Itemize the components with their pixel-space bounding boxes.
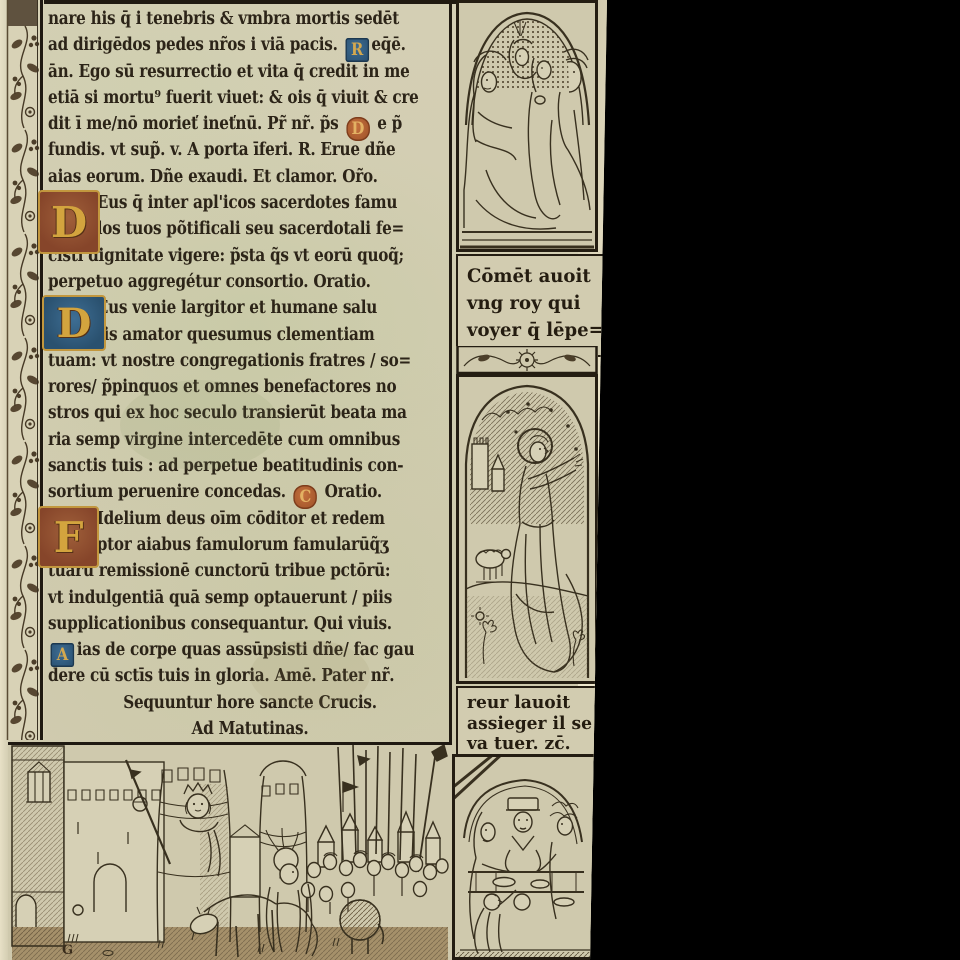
text-line: rores/ p̃pinquos et omnes benefactores n… [48, 374, 399, 400]
woodcut-praying-figure-with-sheep [456, 374, 598, 684]
text-line: voyer q̄ lēpe= [467, 317, 599, 344]
text-line: nare his q̄ i tenebris & vmbra mortis se… [48, 6, 399, 32]
text-line: los tuos põtificali seu sacerdotali fe= [48, 216, 399, 242]
woodcut-holy-women-group [456, 0, 598, 252]
text-line: ptor aiabus famulorum famularūq̃ʒ [48, 532, 399, 558]
text-segment: stros qui ex hoc seculo transierūt beata… [48, 403, 407, 423]
text-line: vt indulgentiā quā semp optauerunt / pii… [48, 585, 399, 611]
text-segment: sanctis tuis : ad perpetue beatitudinis … [48, 456, 403, 476]
text-segment: ria semp virgine intercedēte cum omnibus [48, 430, 400, 450]
text-line: reur lauoit [467, 693, 599, 714]
text-line: Idelium deus oīm cōditor et redem [48, 506, 399, 532]
text-segment: va tuer. zc̄. [467, 733, 571, 754]
text-line: assieger il se [467, 714, 599, 735]
text-segment: tuarū remissionē cunctorū tribue pctōrū: [48, 561, 390, 581]
text-line: stros qui ex hoc seculo transierūt beata… [48, 400, 399, 426]
text-segment: sortium peruenire concedas. [48, 482, 291, 502]
text-line: aias eorum. Dñe exaudi. Et clamor. Or̃o. [48, 164, 399, 190]
svg-text:G: G [62, 943, 73, 958]
text-line: dit ī me/nō morieť ineťnū. Pr̃ nr̃. p̃s … [48, 111, 399, 137]
text-line: dere cū sctīs tuis in gloria. Amē. Pater… [48, 663, 399, 689]
text-segment: etiā si mortu⁹ fuerit viuet: & ois q̄ vi… [48, 88, 419, 108]
text-line: etiā si mortu⁹ fuerit viuet: & ois q̄ vi… [48, 85, 399, 111]
text-line: ad dirigēdos pedes nr̃os i viā pacis. Re… [48, 32, 399, 58]
illuminated-initial-D-maroon: D [38, 190, 100, 254]
text-line: tuarū remissionē cunctorū tribue pctōrū: [48, 558, 399, 584]
text-segment: ad dirigēdos pedes nr̃os i viā pacis. [48, 35, 343, 55]
woodcut-banquet-scene [452, 754, 598, 960]
french-caption-top: Cōmēt auoitvng roy quivoyer q̄ lēpe= [456, 254, 608, 357]
text-segment: eq̄ē. [371, 35, 405, 55]
text-segment: aias eorum. Dñe exaudi. Et clamor. Or̃o. [48, 167, 378, 187]
illuminated-initial-D-blue: D [42, 295, 106, 351]
text-segment: ias de corpe quas assūpsisti dñe/ fac ga… [77, 640, 415, 660]
text-segment: vt indulgentiā quā semp optauerunt / pii… [48, 588, 392, 608]
text-line: sortium peruenire concedas. C Oratio. [48, 479, 399, 505]
text-line: sanctis tuis : ad perpetue beatitudinis … [48, 453, 399, 479]
dropcap-letter: F [54, 513, 84, 562]
text-segment: Eus venie largitor et humane salu [97, 298, 377, 318]
text-segment: dit ī me/nō morieť ineťnū. Pr̃ nr̃. p̃s [48, 114, 343, 134]
text-segment: e p̃ [372, 114, 402, 134]
screenshot-root: { "meta": { "description": "Photograph o… [0, 0, 960, 960]
text-segment: Eus q̄ inter apl'icos sacerdotes famu [97, 193, 397, 213]
text-line: supplicationibus consequantur. Qui viuis… [48, 611, 399, 637]
text-segment: vng roy qui [467, 292, 580, 314]
text-segment: Cōmēt auoit [467, 265, 591, 287]
text-segment: Sequuntur hore sancte Crucis. [123, 693, 377, 713]
text-line: ria semp virgine intercedēte cum omnibus [48, 427, 399, 453]
text-segment: perpetuo aggregétur consortio. Oratio. [48, 272, 371, 292]
text-segment: supplicationibus consequantur. Qui viuis… [48, 614, 392, 634]
text-segment: rores/ p̃pinquos et omnes benefactores n… [48, 377, 396, 397]
text-line: va tuer. zc̄. [467, 734, 599, 755]
text-segment: dere cū sctīs tuis in gloria. Amē. Pater… [48, 666, 394, 686]
woodcut-city-siege-procession: G [8, 742, 452, 960]
text-segment: nare his q̄ i tenebris & vmbra mortis se… [48, 9, 399, 29]
text-segment: ptor aiabus famulorum famularūq̃ʒ [97, 535, 389, 555]
text-segment: tis amator quesumus clementiam [97, 325, 375, 345]
illuminated-initial-F-maroon: F [38, 506, 99, 568]
text-line: Sequuntur hore sancte Crucis. [74, 690, 425, 716]
text-line: perpetuo aggregétur consortio. Oratio. [48, 269, 399, 295]
text-segment: Oratio. [320, 482, 382, 502]
text-line: tuam: vt nostre congregationis fratres /… [48, 348, 399, 374]
floral-border-woodcut [6, 0, 44, 740]
french-caption-bottom: reur lauoitassieger il seva tuer. zc̄. [456, 686, 608, 761]
text-segment: ān. Ego sū resurrectio et vita q̄ credit… [48, 62, 410, 82]
text-segment: reur lauoit [467, 692, 570, 713]
ornament-band-woodcut [456, 346, 598, 374]
manuscript-page-photo: nare his q̄ i tenebris & vmbra mortis se… [0, 0, 608, 960]
text-segment: fundis. vt sup̃. v. A porta īferi. R. Er… [48, 140, 395, 160]
text-line: Cōmēt auoit [467, 263, 599, 290]
text-line: Eus q̄ inter apl'icos sacerdotes famu [48, 190, 399, 216]
text-line: Aias de corpe quas assūpsisti dñe/ fac g… [48, 637, 399, 663]
text-segment: Ad Matutinas. [192, 719, 309, 739]
text-line: vng roy qui [467, 290, 599, 317]
text-segment: voyer q̄ lēpe= [467, 319, 604, 341]
text-segment: Idelium deus oīm cōditor et redem [97, 509, 385, 529]
text-line: fundis. vt sup̃. v. A porta īferi. R. Er… [48, 137, 399, 163]
dropcap-letter: D [51, 198, 87, 247]
text-segment: assieger il se [467, 713, 592, 734]
main-text-block: nare his q̄ i tenebris & vmbra mortis se… [48, 6, 452, 744]
text-segment: los tuos põtificali seu sacerdotali fe= [97, 219, 404, 239]
text-line: cisti dignitate vigere: p̃sta q̃s vt eor… [48, 243, 399, 269]
text-line: ān. Ego sū resurrectio et vita q̄ credit… [48, 59, 399, 85]
text-segment: cisti dignitate vigere: p̃sta q̃s vt eor… [48, 246, 404, 266]
text-segment: tuam: vt nostre congregationis fratres /… [48, 351, 411, 371]
dropcap-letter: D [57, 300, 92, 347]
text-line: Ad Matutinas. [74, 716, 425, 742]
